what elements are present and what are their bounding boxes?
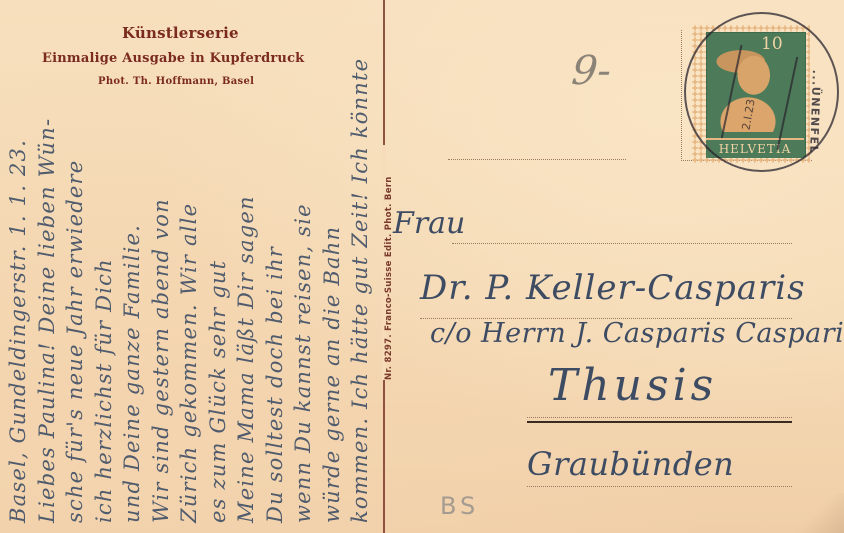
address-care-of: c/o Herrn J. Casparis Caspari — [430, 318, 844, 349]
pencil-price-mark: 9- — [570, 48, 614, 94]
address-city-underline — [527, 421, 792, 423]
vertical-imprint: Nr. 8297. Franco-Suisse Edit. Phot. Bern — [384, 145, 394, 380]
message-line: es zum Glück sehr gut — [204, 6, 233, 523]
message-line: ich herzlichst für Dich — [90, 6, 119, 523]
message-line: Liebes Paulina! Deine lieben Wün- — [33, 6, 62, 523]
address-region: Graubünden — [527, 445, 734, 483]
address-dotted-line-1 — [448, 159, 626, 160]
address-dotted-line-4 — [527, 417, 792, 418]
message-line: Wir sind gestern abend von — [147, 6, 176, 523]
postcard-back: Künstlerserie Einmalige Ausgabe in Kupfe… — [0, 0, 844, 533]
message-line: Basel, Gundeldingerstr. 1. 1. 23. — [4, 6, 33, 523]
address-salutation: Frau — [393, 206, 465, 241]
message-line: und Deine ganze Familie. — [118, 6, 147, 523]
message-line: Meine Mama läßt Dir sagen — [232, 6, 261, 523]
handwritten-message: Basel, Gundeldingerstr. 1. 1. 23. Liebes… — [0, 0, 380, 533]
message-line: Du solltest doch bei ihr — [261, 6, 290, 523]
message-line: wenn Du kannst reisen, sie — [289, 6, 318, 523]
message-line: sche für's neue Jahr erwiedere — [61, 6, 90, 523]
address-city: Thusis — [548, 360, 717, 411]
pencil-note-bs: BS — [440, 492, 479, 520]
message-line: würde gerne an die Bahn — [318, 6, 347, 523]
address-recipient-name: Dr. P. Keller-Casparis — [420, 268, 806, 308]
message-line: kommen. Ich hätte gut Zeit! Ich könnte — [346, 6, 375, 523]
message-line: Zürich gekommen. Wir alle — [175, 6, 204, 523]
address-dotted-line-2 — [452, 243, 792, 244]
address-dotted-line-5 — [527, 486, 792, 487]
